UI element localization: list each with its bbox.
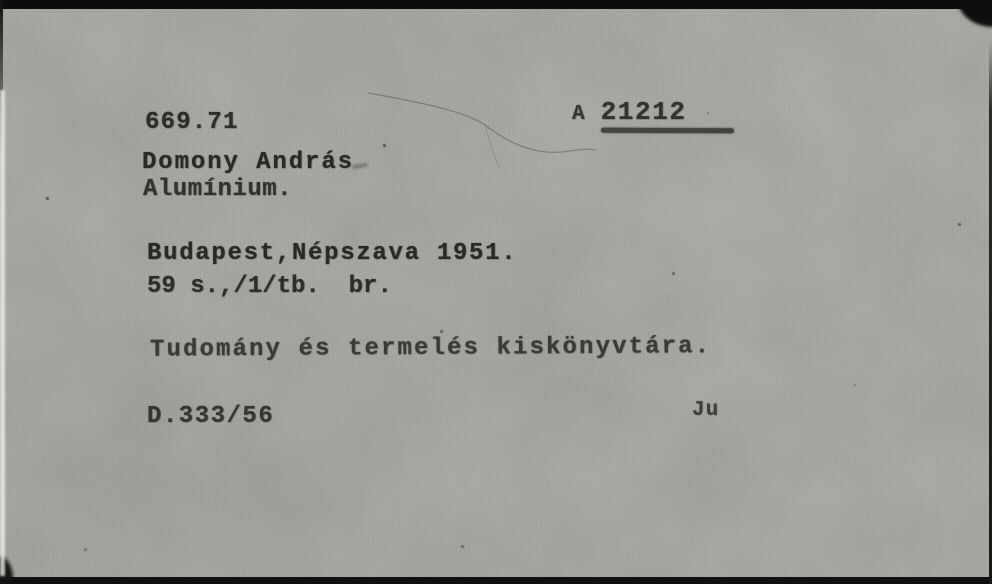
series-statement: Tudomány és termelés kiskönyvtára. [150, 335, 711, 362]
accession-number-group: A 21212 [572, 99, 687, 125]
card-edge-highlight [0, 90, 5, 576]
scanned-catalog-card: 669.71 A 21212 Domony András Alumínium. … [0, 0, 992, 584]
accession-prefix: A [572, 104, 585, 125]
call-number: 669.71 [145, 111, 239, 135]
inventory-number: D.333/56 [147, 405, 274, 429]
imprint-line: Budapest,Népszava 1951. [147, 242, 517, 266]
accession-underline [601, 128, 734, 133]
scan-corner-top-right [958, 0, 992, 27]
ink-smudge [352, 163, 368, 170]
accession-number: 21212 [601, 99, 687, 125]
scan-edge-top [0, 0, 992, 9]
author-name: Domony András [142, 151, 354, 175]
collation-line: 59 s.,/1/tb. br. [147, 275, 392, 299]
book-title: Alumínium. [143, 178, 292, 202]
scan-edge-bottom [0, 577, 992, 584]
cataloger-initials: Ju [692, 400, 719, 421]
